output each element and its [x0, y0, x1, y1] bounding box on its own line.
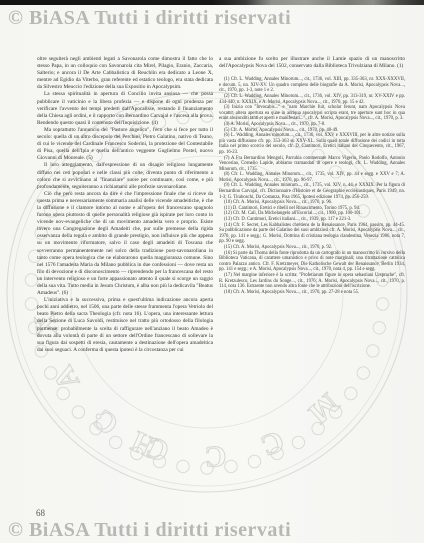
- body-paragraph: oltre seguiterà negli ambienti legati a …: [37, 56, 213, 91]
- watermark-bottom: © BiASA Tutti i diritti riservati: [8, 519, 291, 542]
- page-number: 68: [36, 508, 45, 518]
- body-paragraph: Il loro atteggiamento, dall'espressione …: [37, 162, 213, 190]
- footnote: (16) Si parte da Thoma della fonte ripro…: [219, 251, 405, 273]
- body-paragraph: L'iniziativa e la successiva, prima e qu…: [37, 297, 213, 354]
- footnote: (17) Nel margine inferiore è la scritta:…: [219, 273, 405, 290]
- footnote: (7) A Fra Bernardino Mengoli, Parrubia c…: [219, 156, 405, 173]
- footnotes-block: (1) Cfr. L. Wadding, Annales Minorum...,…: [219, 77, 405, 295]
- scan-edge-artifact: [0, 0, 424, 5]
- body-paragraph: Ciò che però resta ancora da dire è che …: [37, 191, 213, 297]
- left-column: oltre seguiterà negli ambienti legati a …: [37, 56, 213, 354]
- footnote: (3) Inizia con "Invocabis..." e "nam Mar…: [219, 105, 405, 122]
- footnote: (14) Cfr. F. Secret, Les Kabbalistes chr…: [219, 223, 405, 245]
- footnote: (8) Cfr. L. Wadding, Annales Minorum...,…: [219, 172, 405, 183]
- watermark-top: © BiASA Tutti i diritti riservati: [8, 7, 291, 30]
- body-paragraph: Ma soprattutto l'annuncio del "Pastore a…: [37, 127, 213, 162]
- footnote: (6) L. Wadding, Annales minorum..., cit.…: [219, 133, 405, 155]
- footnote: (18) Cfr. A. Morisi, Apocalypsis Nova...…: [219, 290, 405, 296]
- footnote: (1) Cfr. L. Wadding, Annales Minorum...,…: [219, 77, 405, 94]
- footnote: (9) Cfr. L. Wadding, Annales minorum...,…: [219, 183, 405, 200]
- footnote: (2) Cfr. L. Wadding, Annales Minorum...,…: [219, 94, 405, 105]
- stamp-arc-text-right: M C C C C: [77, 387, 345, 474]
- scanned-page: © BiASA Tutti i diritti riservati M C C …: [0, 0, 424, 543]
- text-columns: oltre seguiterà negli ambienti legati a …: [37, 56, 405, 354]
- body-paragraph-continued: a sua ambizione fu scelto per illustrare…: [219, 56, 405, 70]
- right-column: a sua ambizione fu scelto per illustrare…: [219, 56, 405, 354]
- body-paragraph: La stessa spiritualità in apertura di Co…: [37, 91, 213, 126]
